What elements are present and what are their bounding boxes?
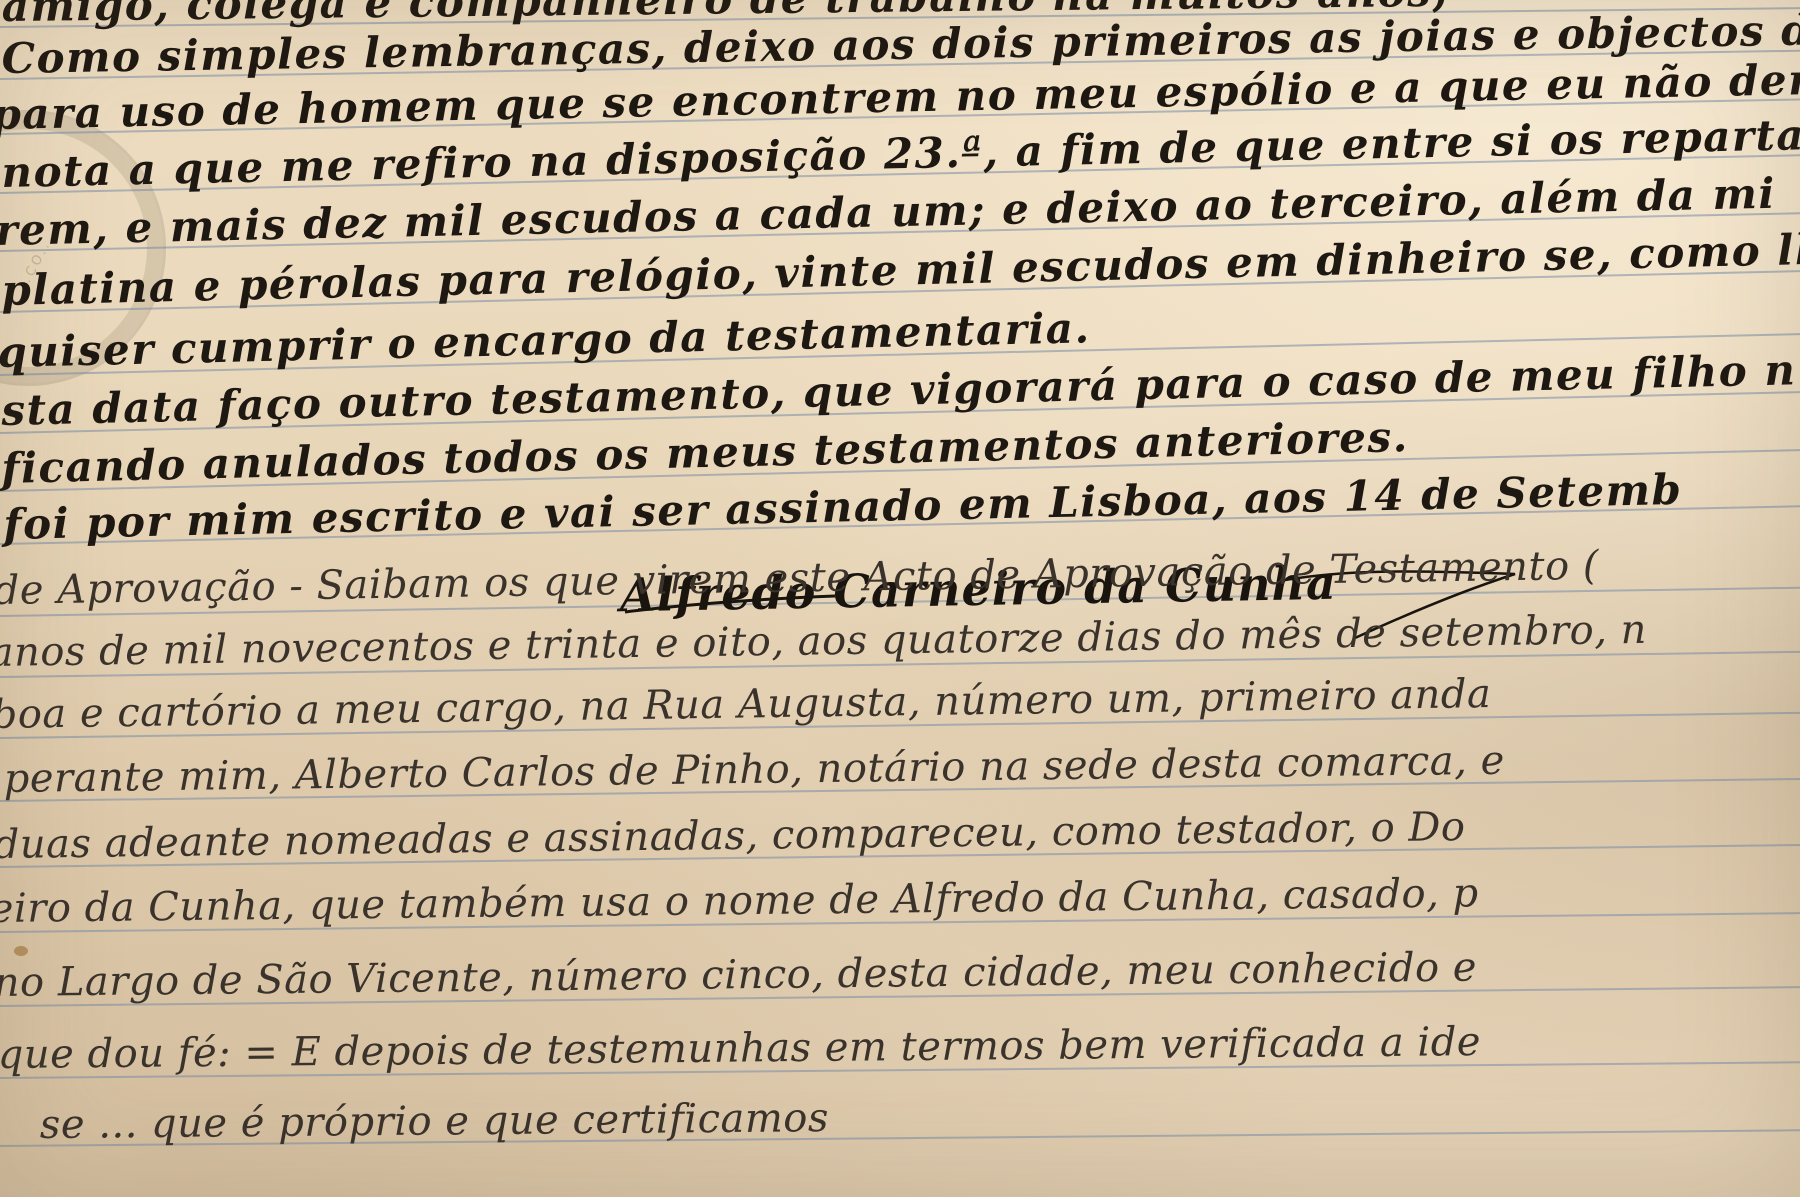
approval-line: eiro da Cunha, que também usa o nome de …: [0, 870, 1479, 932]
approval-line: se ... que é próprio e que certificamos: [40, 1095, 830, 1148]
approval-line: perante mim, Alberto Carlos de Pinho, no…: [3, 738, 1505, 802]
approval-line: duas adeante nomeadas e assinadas, compa…: [0, 804, 1466, 868]
approval-line: que dou fé: = E depois de testemunhas em…: [0, 1019, 1481, 1078]
approval-line: no Largo de São Vicente, número cinco, d…: [0, 944, 1477, 1006]
ink-stain: [14, 946, 28, 956]
document-page: L...CO... amigo, colega e companheiro de…: [0, 0, 1800, 1197]
